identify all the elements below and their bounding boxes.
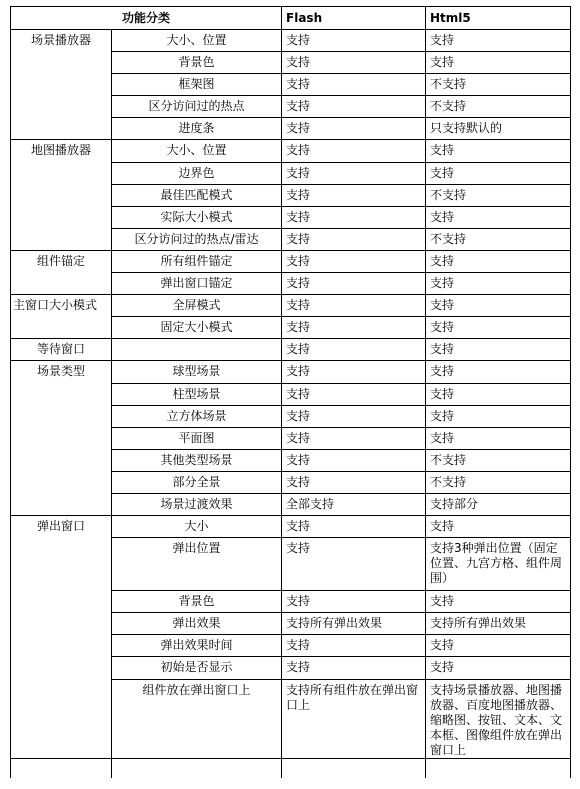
- empty-cell: [426, 758, 571, 778]
- table-row: 场景播放器大小、位置支持支持: [11, 30, 571, 52]
- category-cell: 主窗口大小模式: [11, 295, 112, 339]
- html5-cell: 支持: [426, 516, 571, 538]
- flash-cell: 支持: [282, 317, 426, 339]
- category-cell: 场景播放器: [11, 30, 112, 140]
- flash-cell: 支持: [282, 228, 426, 250]
- feature-cell: 所有组件锚定: [112, 250, 282, 272]
- category-cell: 等待窗口: [11, 339, 112, 361]
- category-cell: 组件锚定: [11, 250, 112, 294]
- feature-cell: 背景色: [112, 591, 282, 613]
- html5-cell: 只支持默认的: [426, 118, 571, 140]
- feature-cell: 其他类型场景: [112, 449, 282, 471]
- flash-cell: 支持所有组件放在弹出窗口上: [282, 679, 426, 758]
- flash-cell: 全部支持: [282, 493, 426, 515]
- feature-cell: 大小、位置: [112, 30, 282, 52]
- feature-cell: 实际大小模式: [112, 206, 282, 228]
- html5-cell: 支持: [426, 339, 571, 361]
- flash-cell: 支持: [282, 449, 426, 471]
- html5-cell: 支持: [426, 383, 571, 405]
- feature-cell: 初始是否显示: [112, 657, 282, 679]
- feature-cell: 背景色: [112, 52, 282, 74]
- html5-cell: 不支持: [426, 184, 571, 206]
- table-row: 等待窗口支持支持: [11, 339, 571, 361]
- category-cell: 地图播放器: [11, 140, 112, 250]
- category-cell: 场景类型: [11, 361, 112, 516]
- header-row: 功能分类 Flash Html5: [11, 7, 571, 30]
- feature-cell: 弹出位置: [112, 538, 282, 591]
- feature-cell: 部分全景: [112, 471, 282, 493]
- feature-cell: 场景过渡效果: [112, 493, 282, 515]
- flash-cell: 支持: [282, 74, 426, 96]
- empty-cell: [11, 758, 112, 778]
- table-row: 地图播放器大小、位置支持支持: [11, 140, 571, 162]
- table-row: 主窗口大小模式全屏模式支持支持: [11, 295, 571, 317]
- html5-cell: 不支持: [426, 96, 571, 118]
- feature-cell: 组件放在弹出窗口上: [112, 679, 282, 758]
- feature-cell: 区分访问过的热点/雷达: [112, 228, 282, 250]
- feature-cell: 弹出窗口锚定: [112, 273, 282, 295]
- html5-cell: 支持: [426, 591, 571, 613]
- header-html5: Html5: [426, 7, 571, 30]
- category-cell: 弹出窗口: [11, 516, 112, 758]
- html5-cell: 支持: [426, 206, 571, 228]
- html5-cell: 支持3种弹出位置（固定位置、九宫方格、组件周围）: [426, 538, 571, 591]
- html5-cell: 支持: [426, 657, 571, 679]
- table-row-cutoff: [11, 758, 571, 778]
- feature-cell: 柱型场景: [112, 383, 282, 405]
- empty-cell: [112, 758, 282, 778]
- html5-cell: 支持: [426, 361, 571, 383]
- flash-cell: 支持: [282, 383, 426, 405]
- feature-cell: 弹出效果时间: [112, 635, 282, 657]
- flash-cell: 支持: [282, 118, 426, 140]
- flash-cell: 支持: [282, 657, 426, 679]
- html5-cell: 支持: [426, 250, 571, 272]
- flash-cell: 支持: [282, 96, 426, 118]
- html5-cell: 支持场景播放器、地图播放器、百度地图播放器、缩略图、按钮、文本、文本框、图像组件…: [426, 679, 571, 758]
- flash-cell: 支持: [282, 295, 426, 317]
- feature-cell: 边界色: [112, 162, 282, 184]
- feature-cell: 进度条: [112, 118, 282, 140]
- feature-cell: 最佳匹配模式: [112, 184, 282, 206]
- html5-cell: 支持: [426, 52, 571, 74]
- feature-cell: 平面图: [112, 427, 282, 449]
- feature-comparison-table: 功能分类 Flash Html5 场景播放器大小、位置支持支持背景色支持支持框架…: [10, 6, 571, 778]
- html5-cell: 不支持: [426, 471, 571, 493]
- feature-cell: [112, 339, 282, 361]
- html5-cell: 不支持: [426, 449, 571, 471]
- flash-cell: 支持: [282, 361, 426, 383]
- html5-cell: 支持所有弹出效果: [426, 613, 571, 635]
- table-row: 场景类型球型场景支持支持: [11, 361, 571, 383]
- html5-cell: 支持: [426, 140, 571, 162]
- feature-cell: 固定大小模式: [112, 317, 282, 339]
- header-flash: Flash: [282, 7, 426, 30]
- flash-cell: 支持: [282, 52, 426, 74]
- feature-cell: 弹出效果: [112, 613, 282, 635]
- flash-cell: 支持: [282, 405, 426, 427]
- feature-cell: 全屏模式: [112, 295, 282, 317]
- html5-cell: 不支持: [426, 228, 571, 250]
- html5-cell: 支持: [426, 427, 571, 449]
- html5-cell: 支持: [426, 317, 571, 339]
- flash-cell: 支持: [282, 140, 426, 162]
- flash-cell: 支持: [282, 516, 426, 538]
- flash-cell: 支持: [282, 427, 426, 449]
- feature-cell: 球型场景: [112, 361, 282, 383]
- html5-cell: 支持: [426, 405, 571, 427]
- flash-cell: 支持: [282, 206, 426, 228]
- flash-cell: 支持: [282, 635, 426, 657]
- html5-cell: 支持部分: [426, 493, 571, 515]
- flash-cell: 支持: [282, 591, 426, 613]
- flash-cell: 支持所有弹出效果: [282, 613, 426, 635]
- html5-cell: 支持: [426, 273, 571, 295]
- flash-cell: 支持: [282, 538, 426, 591]
- feature-cell: 大小: [112, 516, 282, 538]
- flash-cell: 支持: [282, 250, 426, 272]
- feature-cell: 区分访问过的热点: [112, 96, 282, 118]
- feature-cell: 框架图: [112, 74, 282, 96]
- flash-cell: 支持: [282, 273, 426, 295]
- empty-cell: [282, 758, 426, 778]
- flash-cell: 支持: [282, 30, 426, 52]
- html5-cell: 支持: [426, 295, 571, 317]
- html5-cell: 支持: [426, 162, 571, 184]
- feature-cell: 大小、位置: [112, 140, 282, 162]
- flash-cell: 支持: [282, 339, 426, 361]
- table-row: 弹出窗口大小支持支持: [11, 516, 571, 538]
- html5-cell: 不支持: [426, 74, 571, 96]
- html5-cell: 支持: [426, 30, 571, 52]
- header-category: 功能分类: [11, 7, 282, 30]
- flash-cell: 支持: [282, 184, 426, 206]
- flash-cell: 支持: [282, 471, 426, 493]
- flash-cell: 支持: [282, 162, 426, 184]
- html5-cell: 支持: [426, 635, 571, 657]
- feature-cell: 立方体场景: [112, 405, 282, 427]
- table-row: 组件锚定所有组件锚定支持支持: [11, 250, 571, 272]
